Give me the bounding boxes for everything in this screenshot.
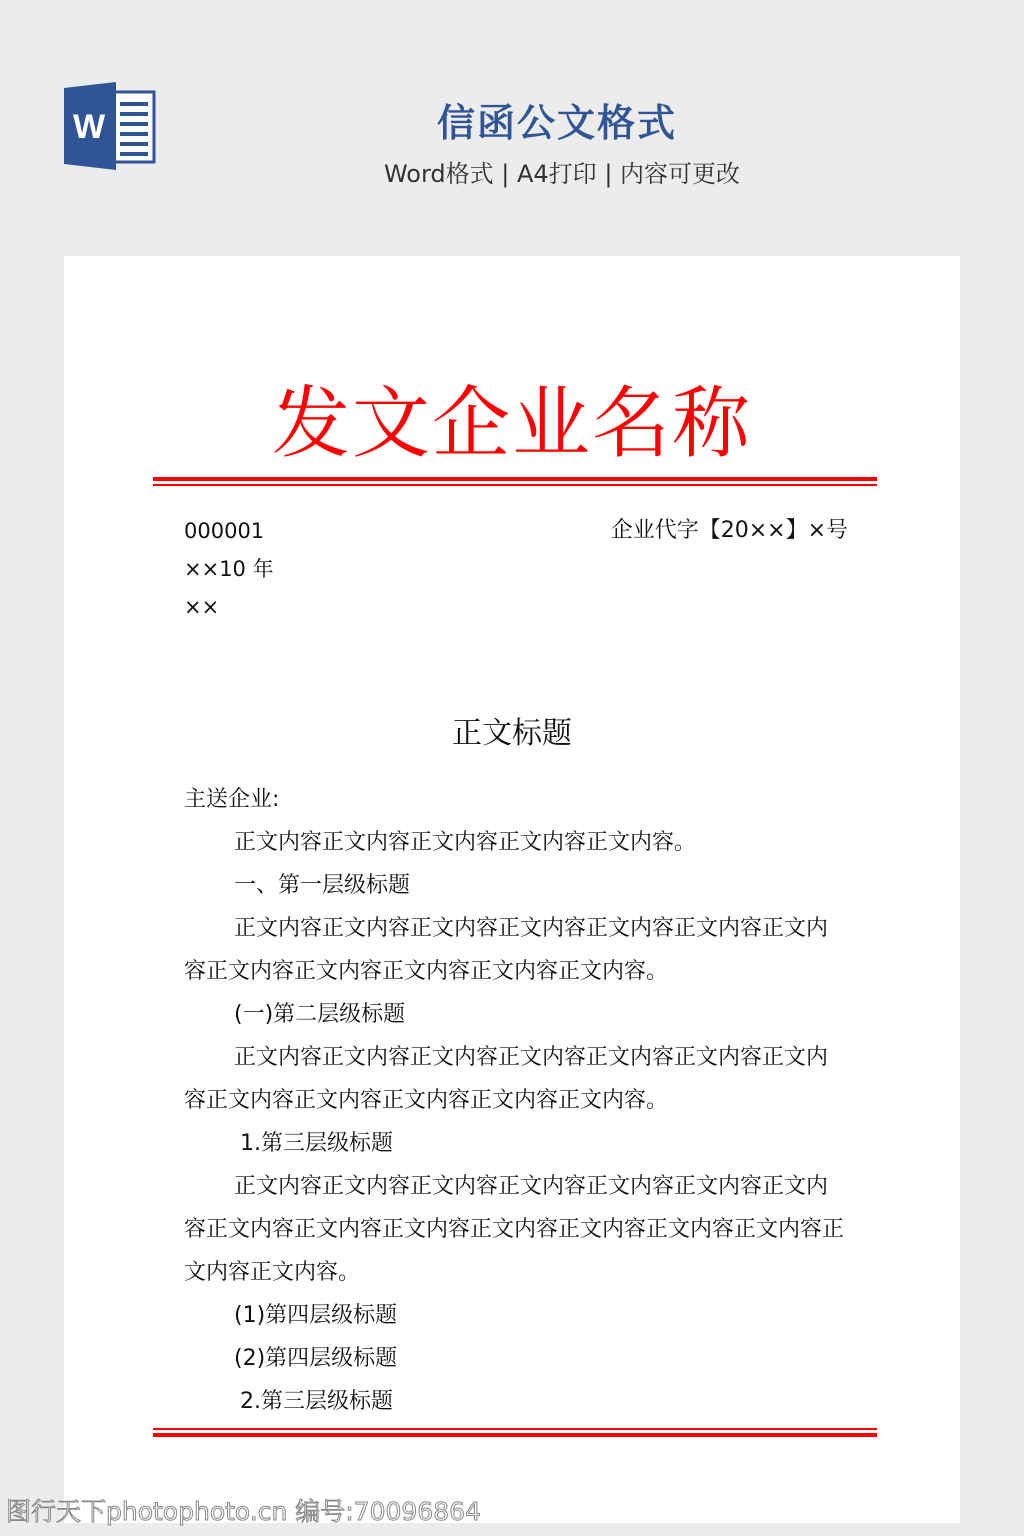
- company-name: 发文企业名称: [64, 374, 960, 474]
- heading-level-1: 一、第一层级标题: [184, 864, 848, 907]
- header-rule-thick: [153, 477, 877, 481]
- heading-level-4: (2)第四层级标题: [184, 1337, 848, 1380]
- document-year: ××10 年: [184, 550, 274, 588]
- header-rule-thin: [153, 484, 877, 486]
- document-code: 企业代字【20××】×号: [611, 512, 848, 550]
- paragraph: 正文内容正文内容正文内容正文内容正文内容正文内容正文内容正文内容正文内容正文内容…: [184, 1165, 848, 1294]
- body-title: 正文标题: [64, 708, 960, 752]
- paragraph: 正文内容正文内容正文内容正文内容正文内容。: [184, 821, 848, 864]
- watermark: 图行天下photophoto.cn 编号:70096864: [6, 1492, 481, 1528]
- heading-level-3: 2.第三层级标题: [184, 1380, 848, 1423]
- heading-level-3: 1.第三层级标题: [184, 1122, 848, 1165]
- paragraph: 正文内容正文内容正文内容正文内容正文内容正文内容正文内容正文内容正文内容正文内容…: [184, 907, 848, 993]
- banner: W 信函公文格式 Word格式 | A4打印 | 内容可更改: [0, 0, 1024, 256]
- footer-rule-thin: [153, 1428, 877, 1430]
- banner-subtitle: Word格式 | A4打印 | 内容可更改: [0, 154, 1024, 189]
- paragraph: 正文内容正文内容正文内容正文内容正文内容正文内容正文内容正文内容正文内容正文内容…: [184, 1036, 848, 1122]
- document-serial: 000001: [184, 512, 274, 550]
- document-number-block: 000001 ××10 年 ××: [184, 512, 274, 626]
- heading-level-2: (一)第二层级标题: [184, 993, 848, 1036]
- footer-rule-thick: [153, 1433, 877, 1437]
- heading-level-4: (1)第四层级标题: [184, 1294, 848, 1337]
- recipient-line: 主送企业:: [184, 778, 848, 821]
- body-text: 主送企业: 正文内容正文内容正文内容正文内容正文内容。 一、第一层级标题 正文内…: [184, 778, 848, 1423]
- document-page: 发文企业名称 000001 ××10 年 ×× 企业代字【20××】×号 正文标…: [64, 256, 960, 1523]
- banner-title: 信函公文格式: [0, 92, 1024, 147]
- document-sub: ××: [184, 588, 274, 626]
